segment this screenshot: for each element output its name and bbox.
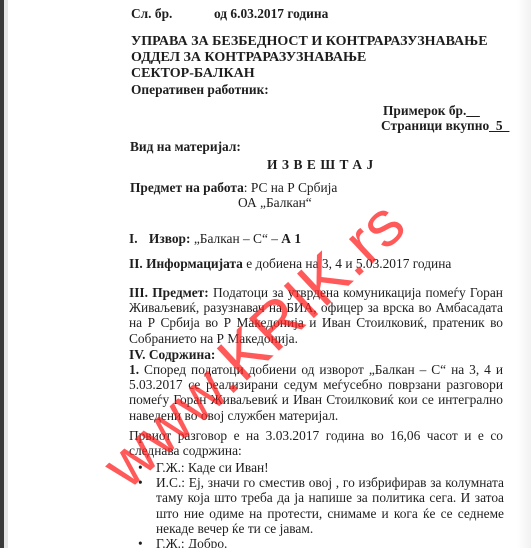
operative-label: Оперативен работник: <box>131 82 269 97</box>
material-type-label: Вид на материјал: <box>130 139 241 154</box>
first-call-intro: Првиот разговор е на 3.03.2017 година во… <box>129 428 503 458</box>
information-numeral: II. <box>129 256 143 271</box>
conversation-line: И.С.: Еј, значи го сместив овој , го изб… <box>130 475 504 536</box>
conversation-line: Г.Ж.: Добро. <box>130 536 504 548</box>
reference-number-label: Сл. бр. <box>131 6 172 21</box>
copy-number: Примерок бр.__ <box>383 103 480 118</box>
information-label: Информацијата <box>146 256 243 271</box>
content-item-1: 1. Според податоци добиени од изворот „Б… <box>129 362 503 423</box>
case-value-1: РС на Р Србија <box>251 180 337 195</box>
total-pages-value: _5_ <box>489 118 509 133</box>
copy-number-value: __ <box>466 103 479 118</box>
information-text: е добиена на 3, 4 и 5.03.2017 година <box>246 256 451 271</box>
source-grade: А 1 <box>281 231 301 246</box>
content-heading: IV. Содржина: <box>129 347 215 362</box>
section-subject: III. Предмет: Податоци за утврдена комун… <box>129 285 503 346</box>
organization-name: УПРАВА ЗА БЕЗБЕДНОСТ И КОНТРАРАЗУЗНАВАЊЕ <box>131 34 488 49</box>
case-label: Предмет на работа <box>130 180 244 195</box>
total-pages: Страници вкупно_5_ <box>381 118 509 133</box>
sector-name: СЕКТОР-БАЛКАН <box>131 66 255 81</box>
total-pages-label: Страници вкупно <box>381 118 489 133</box>
content-item-text: Според податоци добиени од изворот „Балк… <box>129 362 503 423</box>
document-page: Сл. бр. од 6.03.2017 година УПРАВА ЗА БЕ… <box>0 0 531 548</box>
case-line: Предмет на работа: РС на Р Србија <box>130 180 337 195</box>
conversation-list: Г.Ж.: Каде си Иван! И.С.: Еј, значи го с… <box>130 460 504 548</box>
conversation-line: Г.Ж.: Каде си Иван! <box>130 460 504 475</box>
section-information: II. Информацијата е добиена на 3, 4 и 5.… <box>129 256 451 271</box>
case-value-2: ОА „Балкан“ <box>238 195 312 210</box>
content-item-number: 1. <box>129 362 139 377</box>
source-numeral: I. <box>129 231 138 246</box>
case-colon: : <box>244 180 251 195</box>
source-label: Извор: <box>149 231 191 246</box>
source-value: „Балкан – С“ – <box>194 231 278 246</box>
document-date: од 6.03.2017 година <box>214 6 328 21</box>
subject-label: Предмет: <box>152 285 209 300</box>
section-source: I. Извор: „Балкан – С“ – А 1 <box>129 231 301 246</box>
department-name: ОДДЕЛ ЗА КОНТРАРАЗУЗНАВАЊЕ <box>131 50 366 65</box>
report-title: ИЗВЕШТАЈ <box>267 157 378 172</box>
subject-numeral: III. <box>129 285 148 300</box>
copy-number-label: Примерок бр. <box>383 103 466 118</box>
